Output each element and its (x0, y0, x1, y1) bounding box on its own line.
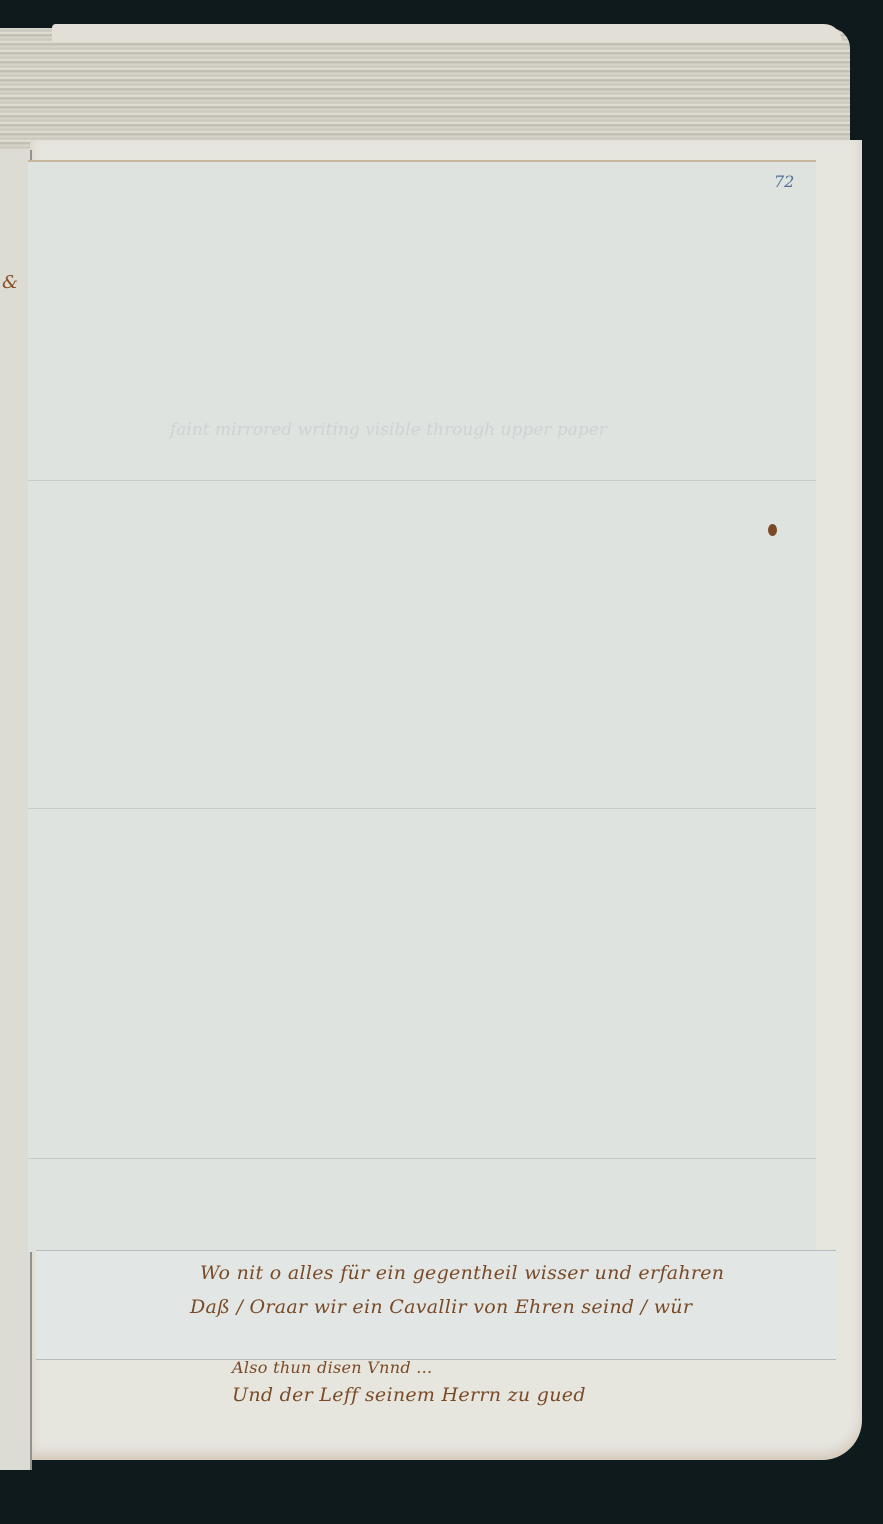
top-page-edge (52, 24, 842, 42)
fold-line (28, 808, 816, 809)
handwriting-line-1: Wo nit o alles für ein gegentheil wisser… (200, 1262, 724, 1284)
handwriting-line-3: Also thun disen Vnnd ... (232, 1358, 432, 1377)
ink-spot (768, 524, 777, 536)
bleed-through-text: faint mirrored writing visible through u… (170, 420, 607, 440)
fold-line (28, 480, 816, 481)
handwriting-line-4: Und der Leff seinem Herrn zu gued (232, 1384, 586, 1406)
fold-line (28, 1158, 816, 1159)
folio-number: 72 (774, 172, 794, 191)
manuscript-leaf (28, 160, 816, 1252)
handwriting-line-2: Daß / Oraar wir ein Cavallir von Ehren s… (190, 1296, 692, 1318)
margin-mark: & (2, 272, 18, 293)
